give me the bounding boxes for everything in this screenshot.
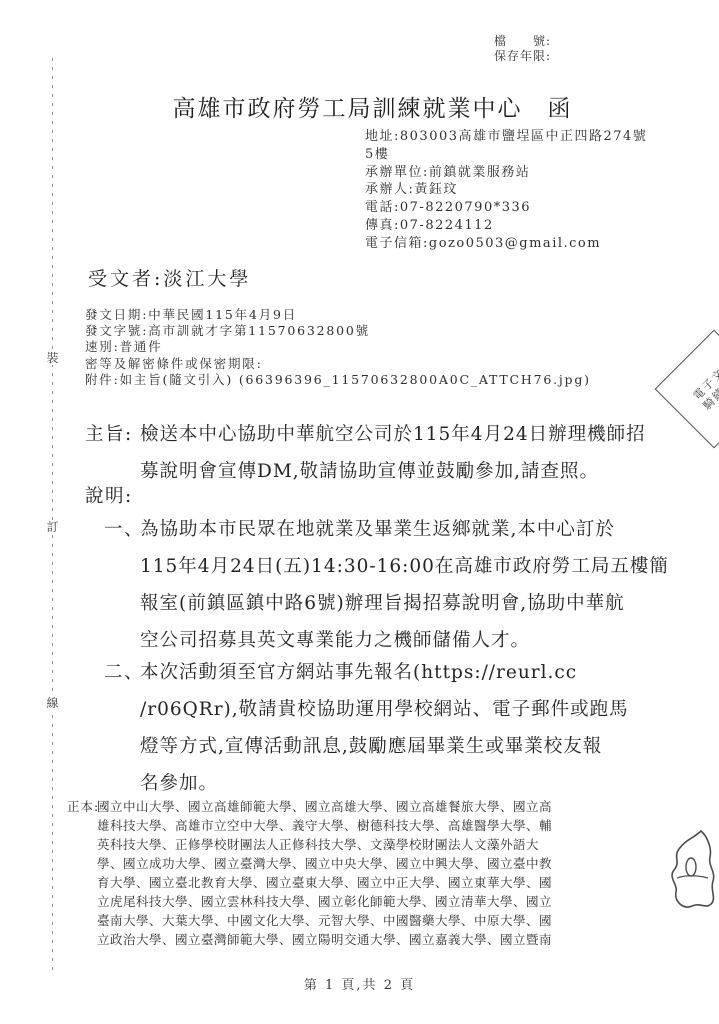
description-line: 115年4月24日(五)14:30-16:00在高雄市政府勞工局五樓簡	[140, 548, 669, 585]
sender-unit: 承辦單位:前鎮就業服務站	[365, 164, 685, 182]
recipients-line: 臺南大學、大葉大學、中國文化大學、元智大學、中國醫藥大學、中原大學、國	[97, 911, 552, 930]
recipients-line: 英科技大學、正修學校財團法人正修科技大學、文藻學校財團法人文藻外語大	[97, 835, 552, 854]
attachment-line: 附件:如主旨(隨文引入) (66396396_11570632800A0C_AT…	[85, 372, 591, 388]
subject-label: 主旨:	[85, 416, 133, 453]
seam-stamp-text: 電子文 騎縫章	[690, 365, 719, 412]
recipient-line: 受文者:淡江大學	[88, 264, 251, 291]
speed-class: 速別:普通件	[85, 339, 591, 355]
issue-date: 發文日期:中華民國115年4月9日	[85, 307, 591, 323]
binding-mark-zhuang: 裝	[44, 351, 61, 365]
recipients-line: 學、國立成功大學、國立臺灣大學、國立中央大學、國立中興大學、國立臺中教	[97, 854, 552, 873]
subject-line: 募說明會宣傳DM,敬請協助宣傳並鼓勵參加,請查照。	[140, 453, 646, 490]
sender-address-line1: 地址:803003高雄市鹽埕區中正四路274號	[365, 128, 685, 146]
description-line: 燈等方式,宣傳活動訊息,鼓勵應屆畢業生或畢業校友報	[140, 728, 629, 765]
document-meta-block: 發文日期:中華民國115年4月9日 發文字號:高市訓就才字第1157063280…	[85, 307, 591, 388]
sender-contact-person: 承辦人:黃鈺玟	[365, 181, 685, 199]
description-line: 為協助本市民眾在地就業及畢業生返鄉就業,本中心訂於	[140, 511, 669, 548]
subject-line: 檢送本中心協助中華航空公司於115年4月24日辦理機師招	[140, 416, 646, 453]
document-page: { "page": { "file_no_label": "檔 號:", "re…	[0, 0, 719, 1024]
retention-period-label: 保存年限:	[494, 49, 551, 64]
subject-text: 檢送本中心協助中華航空公司於115年4月24日辦理機師招 募說明會宣傳DM,敬請…	[140, 416, 646, 490]
sender-address-line2: 5樓	[365, 146, 685, 164]
sender-fax: 傳真:07-8224112	[365, 217, 685, 235]
description-label: 說明:	[85, 478, 133, 515]
description-item2-number: 二、	[104, 654, 144, 691]
security-class: 密等及解密條件或保密期限:	[85, 356, 591, 372]
recipients-line: 國立中山大學、國立高雄師範大學、國立高雄大學、國立高雄餐旅大學、國立高	[97, 797, 552, 816]
file-number-block: 檔 號: 保存年限:	[494, 34, 551, 64]
file-number-label: 檔 號:	[494, 34, 551, 49]
recipients-line: 立政治大學、國立臺灣師範大學、國立陽明交通大學、國立嘉義大學、國立暨南	[97, 930, 552, 949]
binding-mark-xian: 線	[44, 696, 61, 710]
recipients-list: 國立中山大學、國立高雄師範大學、國立高雄大學、國立高雄餐旅大學、國立高 雄科技大…	[97, 797, 552, 949]
description-line: /r06QRr),敬請貴校協助運用學校網站、電子郵件或跑馬	[140, 691, 629, 728]
description-line: 報室(前鎮區鎮中路6號)辦理旨揭招募說明會,協助中華航	[140, 585, 669, 622]
description-line: 本次活動須至官方網站事先報名(https://reurl.cc	[140, 654, 629, 691]
seam-stamp: 電子文 騎縫章	[655, 330, 719, 449]
description-item1-number: 一、	[104, 511, 144, 548]
page-number-footer: 第 1 頁,共 2 頁	[0, 974, 719, 993]
sender-info-block: 地址:803003高雄市鹽埕區中正四路274號 5樓 承辦單位:前鎮就業服務站 …	[365, 128, 685, 253]
sender-email: 電子信箱:gozo0503@gmail.com	[365, 235, 685, 253]
recipients-line: 育大學、國立臺北教育大學、國立臺東大學、國立中正大學、國立東華大學、國	[97, 873, 552, 892]
binding-dashed-line	[52, 58, 53, 975]
recipients-label: 正本:	[67, 797, 99, 816]
document-number: 發文字號:高市訓就才字第11570632800號	[85, 323, 591, 339]
description-item2-text: 本次活動須至官方網站事先報名(https://reurl.cc /r06QRr)…	[140, 654, 629, 802]
recipients-line: 立虎尾科技大學、國立雲林科技大學、國立彰化師範大學、國立清華大學、國立	[97, 892, 552, 911]
description-item1-text: 為協助本市民眾在地就業及畢業生返鄉就業,本中心訂於 115年4月24日(五)14…	[140, 511, 669, 659]
seal-fragment-icon	[663, 826, 719, 922]
sender-phone: 電話:07-8220790*336	[365, 199, 685, 217]
binding-mark-ding: 訂	[44, 520, 61, 534]
document-title: 高雄市政府勞工局訓練就業中心 函	[0, 90, 719, 123]
recipients-line: 雄科技大學、高雄市立空中大學、義守大學、樹德科技大學、高雄醫學大學、輔	[97, 816, 552, 835]
